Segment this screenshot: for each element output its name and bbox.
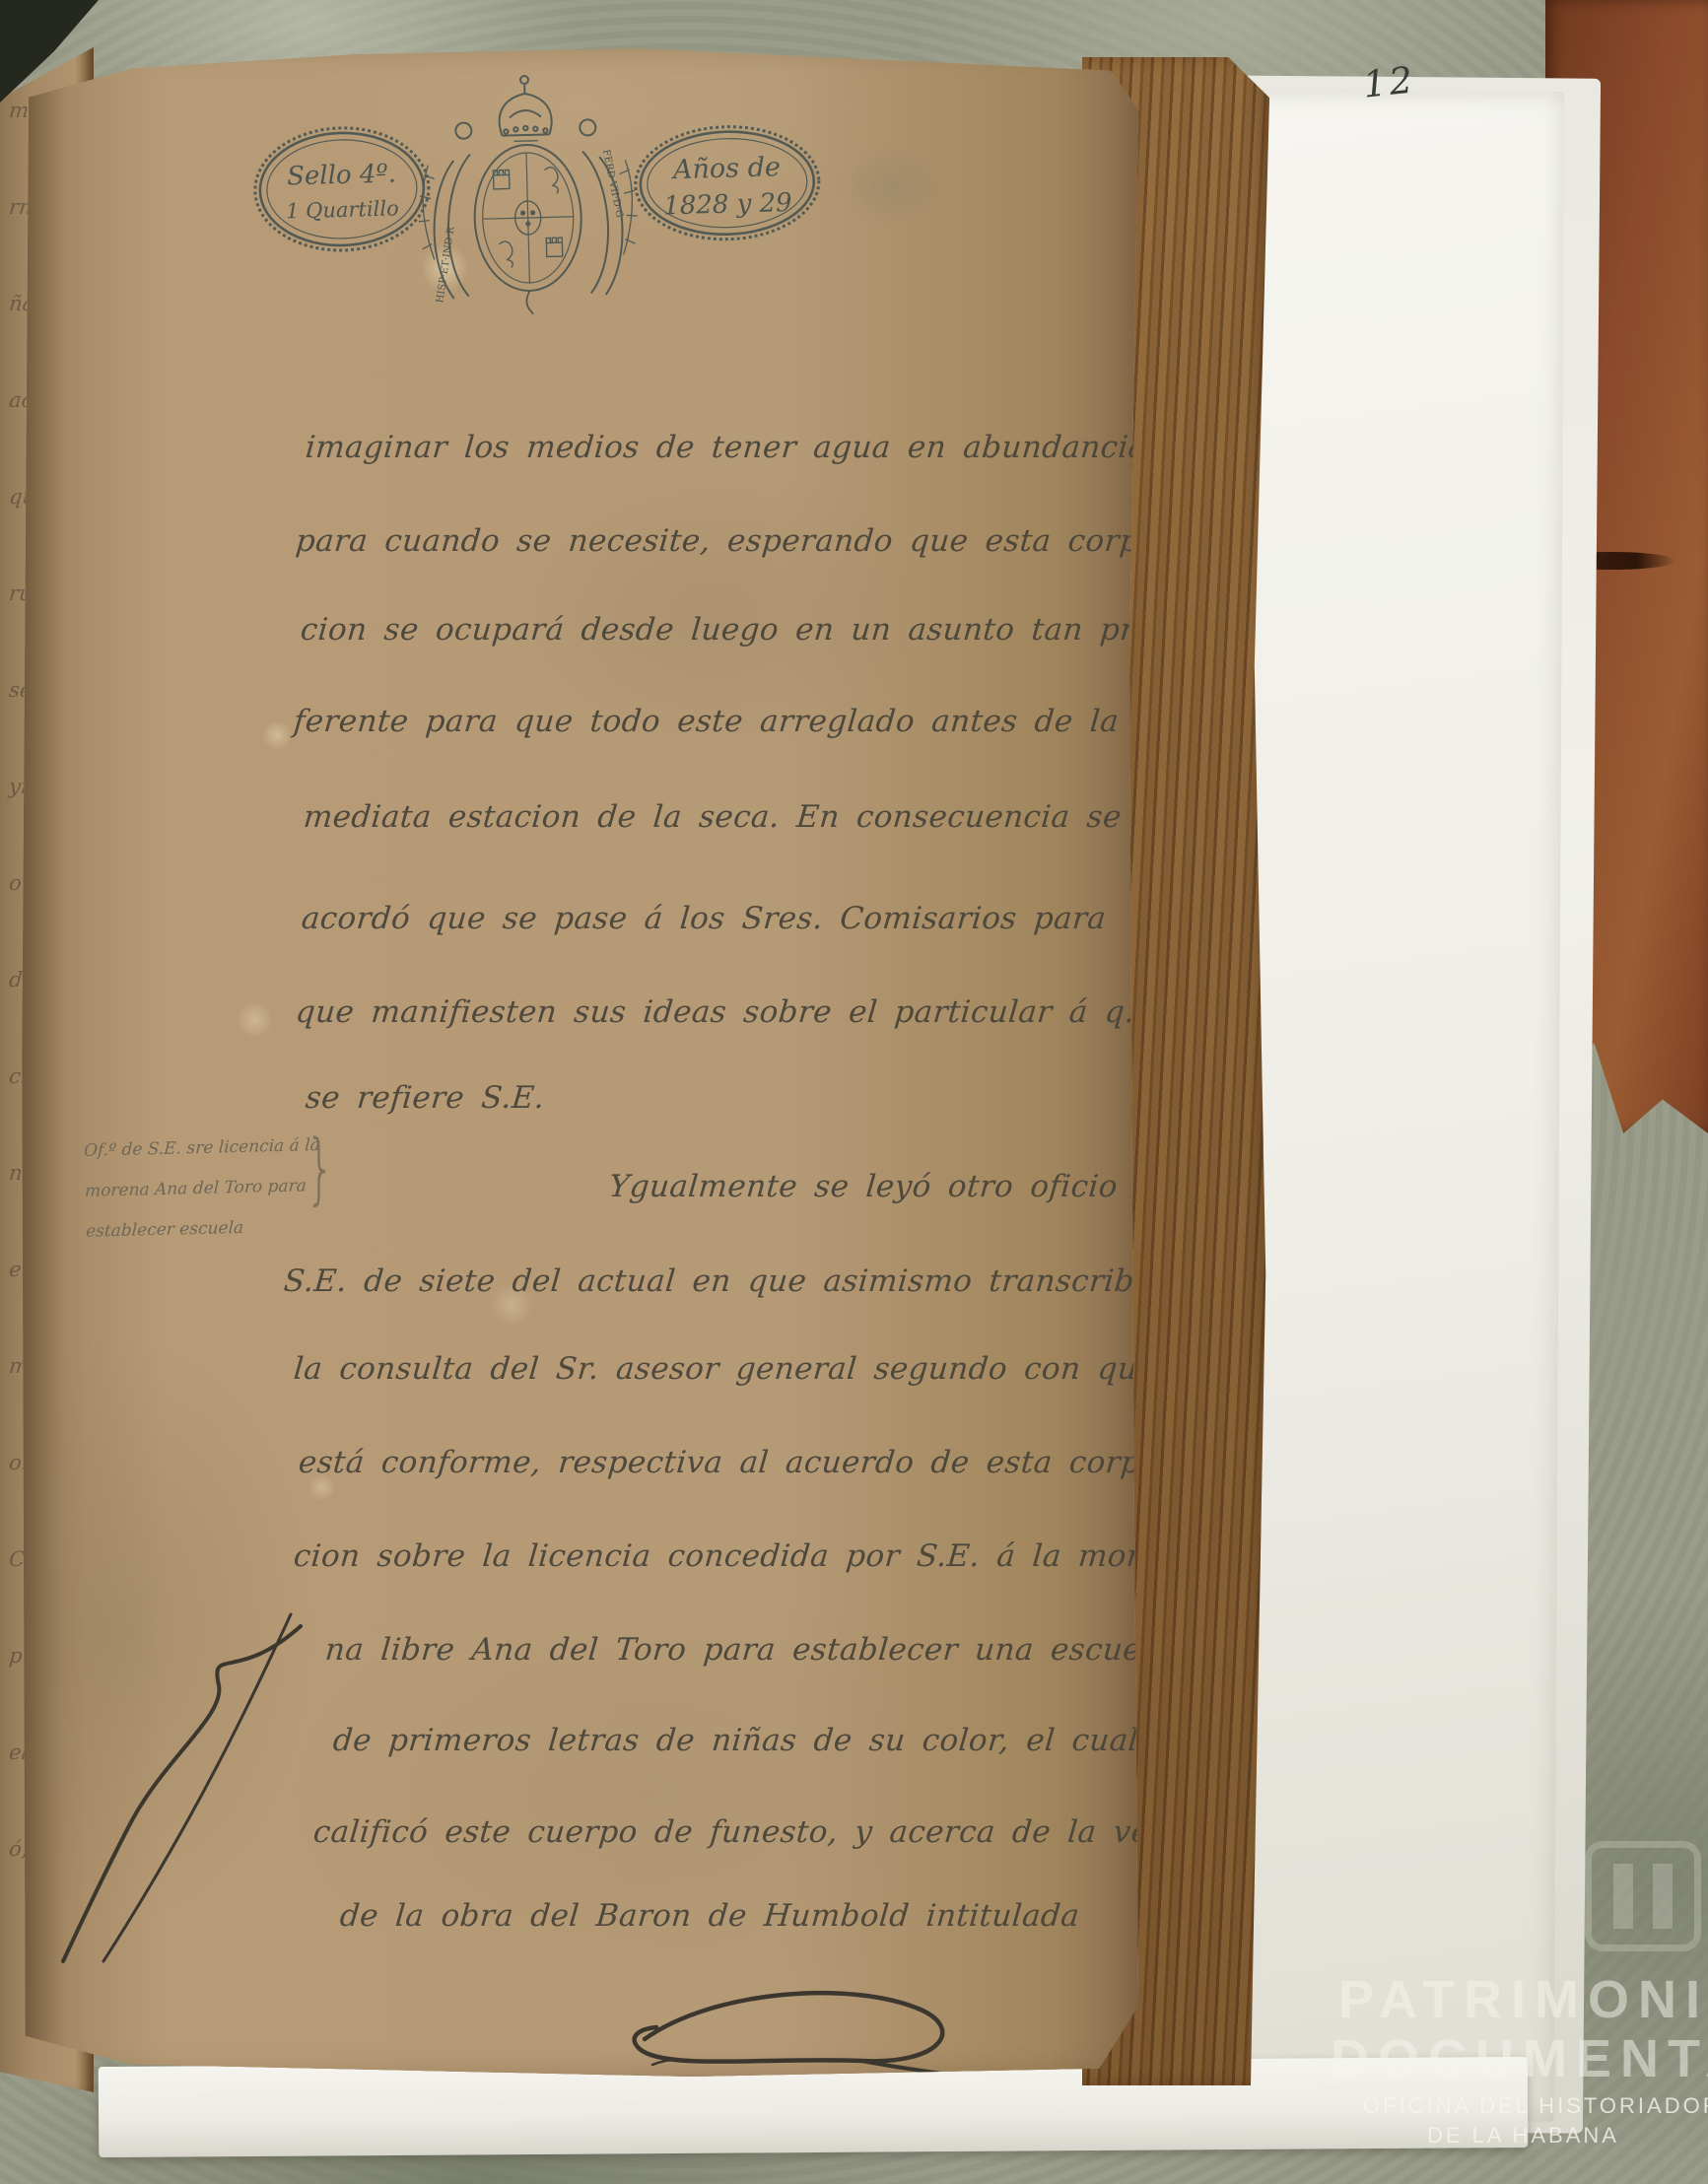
manuscript-line: cion sobre la licencia concedida por S.E…: [292, 1538, 1172, 1574]
watermark-line4: DE LA HABANA: [1427, 2123, 1619, 2149]
archive-logo-watermark: [1585, 1841, 1701, 1951]
manuscript-line: de la obra del Baron de Humbold intitula…: [338, 1898, 1080, 1934]
royal-shield-icon: [473, 144, 584, 322]
manuscript-line: imaginar los medios de tener agua en abu…: [304, 430, 1148, 465]
manuscript-line: la consulta del Sr. asesor general segun…: [292, 1351, 1157, 1387]
manuscript-line: na libre Ana del Toro para establecer un…: [323, 1632, 1171, 1668]
tax-stamp: Sello 4º. 1 Quartillo Años de 1828 y 29 …: [229, 60, 826, 322]
watermark-line1: PATRIMONIO: [1338, 1969, 1708, 2030]
stamp-left-line1: Sello 4º.: [287, 159, 397, 191]
manuscript-line: de primeros letras de niñas de su color,…: [331, 1723, 1139, 1758]
manuscript-scan-scene: mermeñaacuquerusepaynforo deldesdecionne…: [0, 0, 1708, 2184]
margin-note: Of.º de S.E. sre licencia á lamorena Ana…: [84, 1126, 313, 1253]
pen-flourish-left: [49, 1606, 335, 1981]
crown-icon: [498, 75, 552, 141]
manuscript-line: mediata estacion de la seca. En consecue…: [302, 799, 1123, 835]
stamp-right-line2: 1828 y 29: [663, 188, 792, 221]
pendant-ornament: [526, 291, 534, 322]
manuscript-page: Sello 4º. 1 Quartillo Años de 1828 y 29 …: [20, 44, 1138, 2077]
manuscript-line: para cuando se necesite, esperando que e…: [294, 523, 1203, 559]
laurel-left: [417, 165, 437, 259]
watermark-line2: DOCUMENTAL: [1331, 2028, 1708, 2089]
stamp-right-line1: Años de: [670, 152, 782, 185]
manuscript-line: calificó este cuerpo de funesto, y acerc…: [311, 1814, 1202, 1850]
manuscript-line: Ygualmente se leyó otro oficio de: [607, 1169, 1174, 1204]
margin-note-line: Of.º de S.E. sre licencia á la: [83, 1126, 311, 1172]
folio-number: 12: [1361, 58, 1417, 105]
margin-note-line: establecer escuela: [85, 1206, 313, 1253]
ribbon-left: [432, 122, 476, 299]
manuscript-line: que manifiesten sus ideas sobre el parti…: [294, 994, 1148, 1030]
stamp-ribbon-right-text: FERD·VII·D·G: [600, 149, 625, 219]
watermark-line3: OFICINA DEL HISTORIADOR: [1363, 2093, 1708, 2119]
manuscript-line: acordó que se pase á los Sres. Comisario…: [300, 901, 1107, 936]
manuscript-line: S.E. de siete del actual en que asimismo…: [282, 1263, 1154, 1299]
margin-note-line: morena Ana del Toro para: [84, 1166, 312, 1212]
white-interleaf-sheet-front: [1229, 90, 1565, 2122]
stamp-left-line2: 1 Quartillo: [286, 196, 399, 223]
manuscript-line: está conforme, respectiva al acuerdo de …: [297, 1445, 1204, 1480]
manuscript-line: cion se ocupará desde luego en un asunto…: [299, 612, 1165, 648]
manuscript-line: ferente para que todo este arreglado ant…: [292, 704, 1178, 739]
manuscript-line: se refiere S.E.: [304, 1080, 546, 1116]
